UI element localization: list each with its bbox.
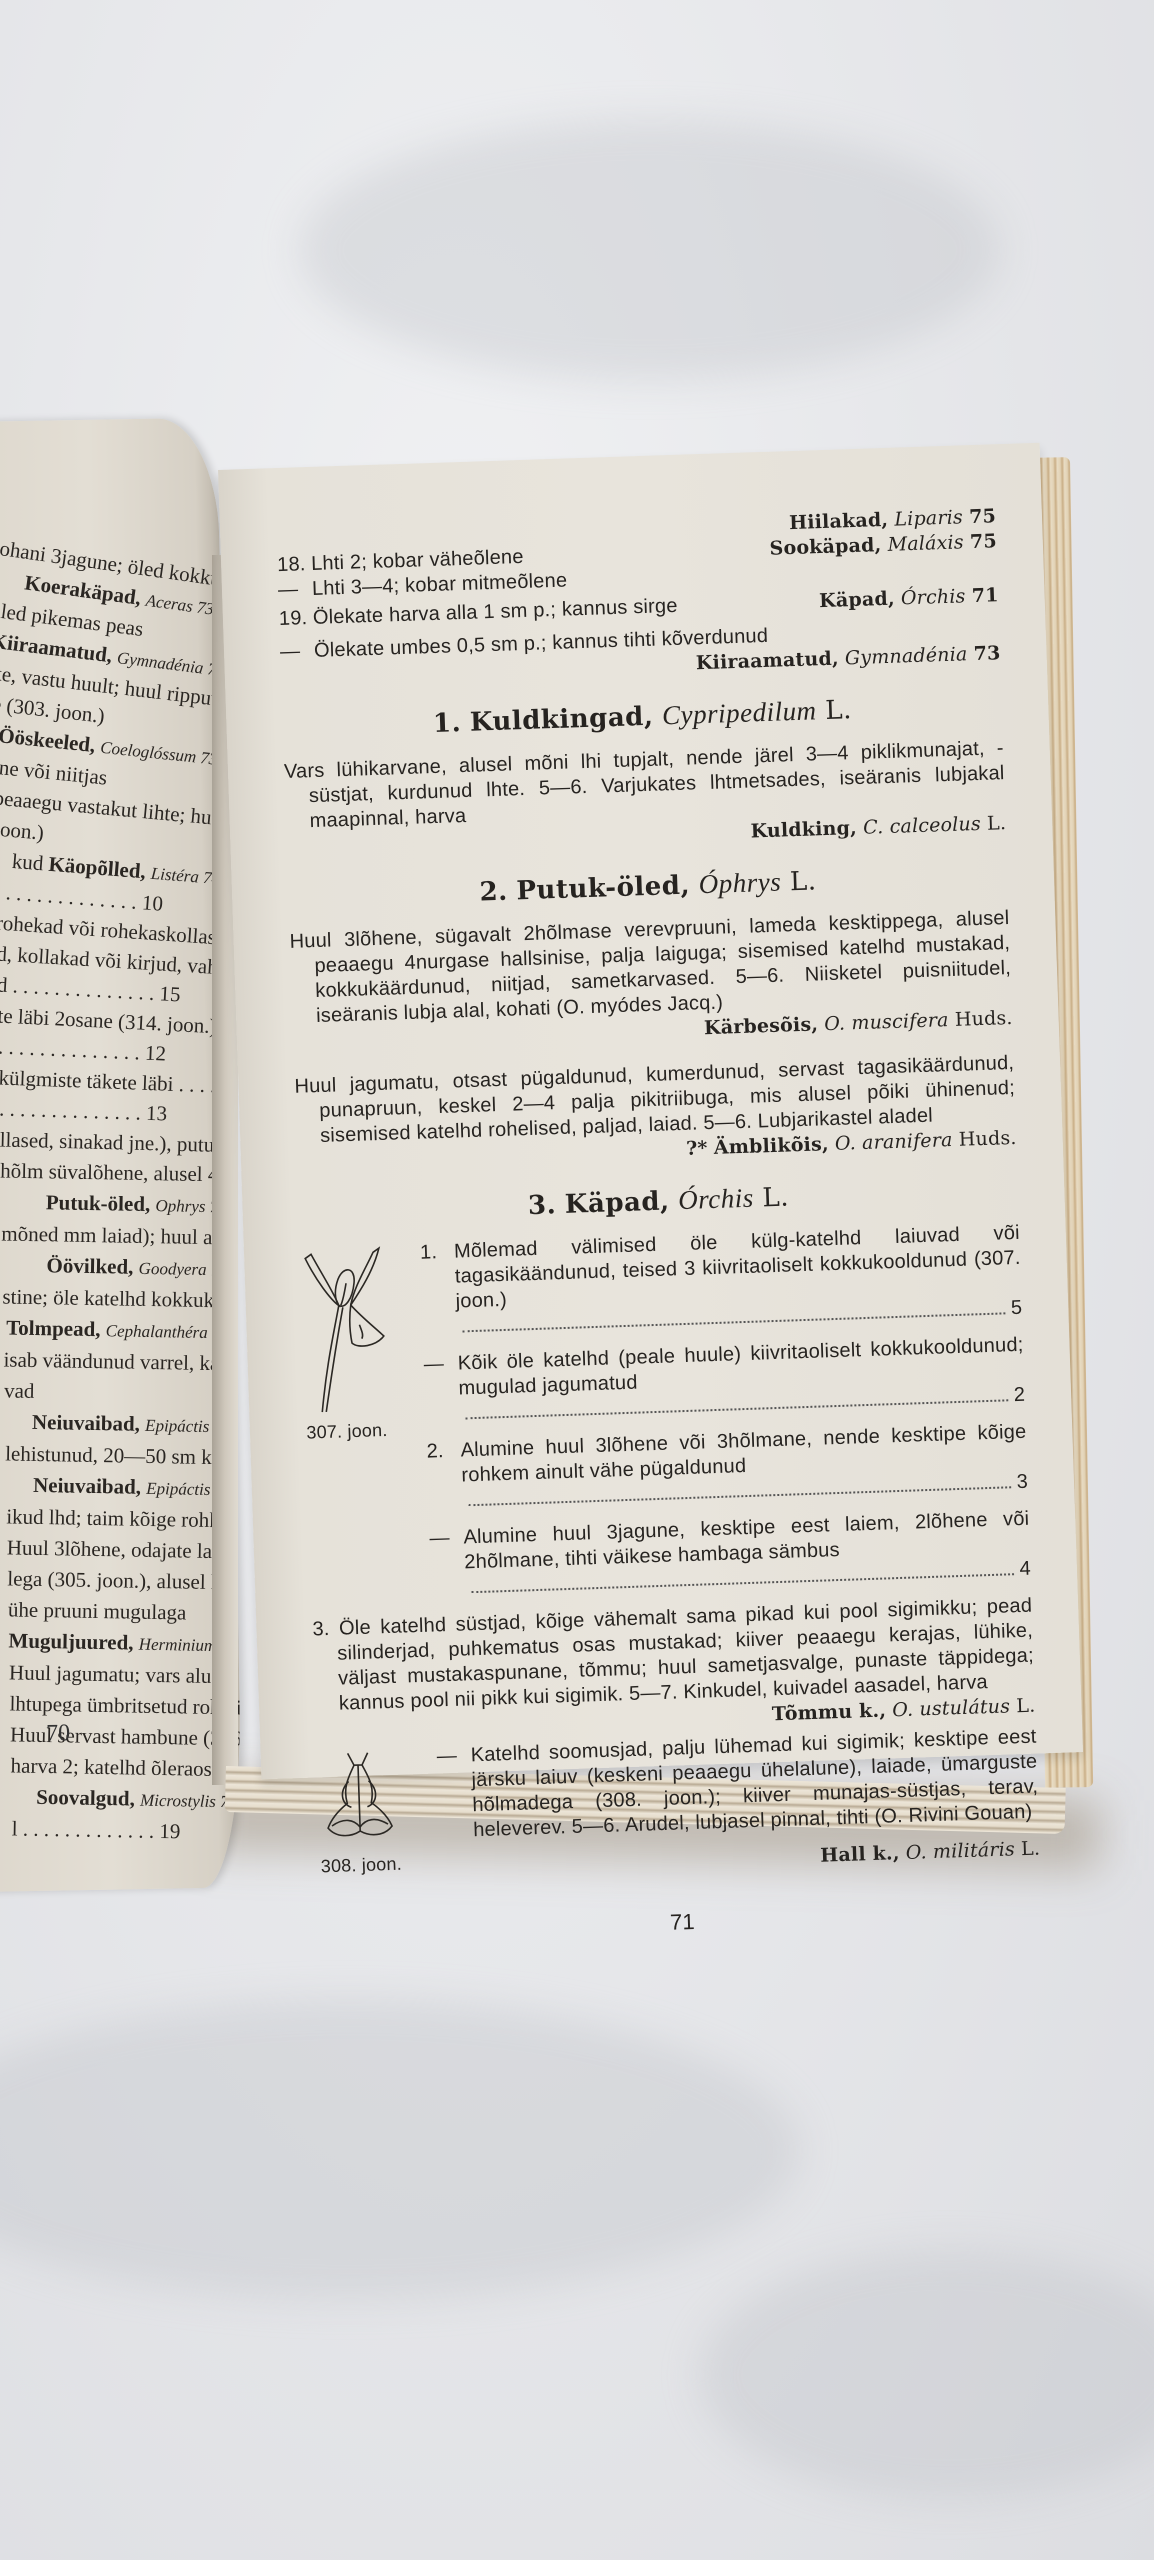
left-page-line: lehistunud, 20—50 sm k. (5, 1438, 236, 1473)
left-page-line: mõned mm laiad); huul alusel kotjas (1, 1218, 232, 1253)
key-item: — Alumine huul 3jagune, kesktipe eest la… (429, 1507, 1031, 1602)
left-page-line: Neiuvaibad, Epipáctis 74 (4, 1406, 235, 1442)
left-page-line: l . . . . . . . . . . . . . 19 (11, 1813, 242, 1848)
left-page-line: Tolmpead, Cephalanthéra 73 (3, 1312, 234, 1348)
orchis-key: 1. Mõlemad välimised öle külg-katelhd la… (420, 1221, 1032, 1602)
left-page-line: ikud lhd; taim kõige rohkem 20 sm k. 18 (6, 1501, 237, 1536)
orchis-militaris-entry: — Katelhd soomusjad, palju lühemad kui s… (436, 1725, 1040, 1882)
orchid-labellum-illustration-icon (317, 1746, 400, 1849)
key-item: 2. Alumine huul 3lõhene või 3hõlmane, ne… (426, 1420, 1028, 1515)
section-heading-ophrys: 2. Putuk-öled, Óphrys L. (288, 862, 1008, 912)
right-page-content: Hiilakad, Liparis 75 18.Lhti 2; kobar vä… (276, 504, 1043, 1946)
left-page-line: Huul 3lõhene, odajate laiuvate külgho- (7, 1532, 238, 1567)
left-page-line: hõlm süvalõhene, alusel 4nurgase paljа (0, 1155, 231, 1190)
key-item: 1. Mõlemad välimised öle külg-katelhd la… (420, 1221, 1023, 1341)
species-name: Hall k., O. militáris L. (440, 1837, 1040, 1882)
orchis-key-block: 307. joon. 1. Mõlemad välimised öle külg… (300, 1221, 1032, 1606)
left-page-line: Öövilked, Goodyera 73 (2, 1249, 233, 1285)
left-page-line: Soovalgud, Microstylis 75 (11, 1781, 242, 1817)
figure-307: 307. joon. (286, 1242, 403, 1447)
cloth-fold (0, 2000, 800, 2300)
left-page-line: vad (4, 1375, 235, 1410)
left-page-line: Huul jagumatu; vars alusel ühe või mitme (9, 1657, 240, 1692)
species-description: — Katelhd soomusjad, palju lühemad kui s… (436, 1725, 1039, 1845)
cloth-fold (700, 2250, 1154, 2500)
left-page-line: lega (305. joon.), alusel kotjas; vars a… (7, 1563, 238, 1598)
figure-308: 308. joon. (302, 1745, 416, 1880)
orchid-flower-illustration-icon (293, 1242, 395, 1415)
left-page-line: isab väändunud varrel, kaalus või longus (3, 1344, 234, 1379)
left-page-line: stine; öle katelhd kokkukooldunud (2, 1281, 233, 1316)
left-page-line: Huul servast hambune (306. joon.), lhi 1… (10, 1719, 241, 1754)
section-heading-orchis: 3. Käpad, Órchis L. (298, 1177, 1018, 1227)
left-page-line: ühe pruuni mugulaga (8, 1594, 239, 1629)
left-page-line: Putuk-öled, Ophrys 71 (1, 1186, 232, 1222)
left-page-line: Neiuvaibad, Epipáctis 74 (5, 1469, 236, 1505)
left-page: kohani 3jagune; öled kokkusurutudKoerakä… (0, 418, 243, 1893)
left-page-line: lhtupega ümbritsetud rohelise mugulaga 1… (9, 1688, 240, 1723)
section-heading-cypripedium: 1. Kuldkingad, Cypripedilum L. (282, 692, 1002, 742)
right-page: Hiilakad, Liparis 75 18.Lhti 2; kobar vä… (218, 443, 1083, 1780)
left-page-line: harva 2; katelhd õleraost lühemad (10, 1750, 241, 1785)
key-item: — Kõik öle katelhd (peale huule) kiivrit… (423, 1333, 1025, 1428)
left-page-line: Muguljuured, Herminium 75 (8, 1625, 239, 1661)
cloth-fold (300, 120, 1000, 380)
orchis-militaris-block: 308. joon. — Katelhd soomusjad, palju lü… (316, 1725, 1040, 1886)
left-page-number: 70 (46, 1720, 70, 1747)
key-top: Hiilakad, Liparis 75 18.Lhti 2; kobar vä… (276, 504, 1001, 690)
left-page-text: kohani 3jagune; öled kokkusurutudKoerakä… (0, 528, 242, 1845)
